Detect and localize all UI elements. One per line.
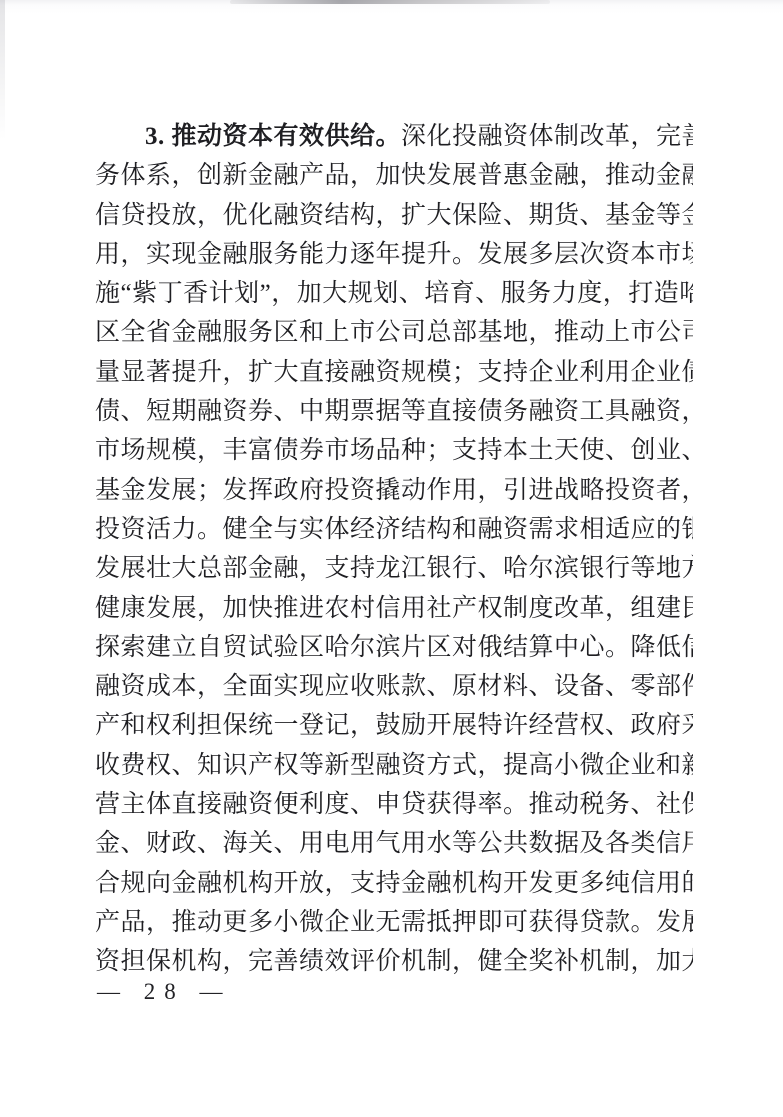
text-line: 债、短期融资券、中期票据等直接债务融资工具融资，扩大债券	[95, 392, 693, 431]
text-line: 信贷投放，优化融资结构，扩大保险、期货、基金等金融工具应	[95, 196, 693, 235]
scan-edge-artifact	[0, 0, 5, 140]
paragraph-first-line: 3. 推动资本有效供给。深化投融资体制改革，完善金融服	[95, 117, 693, 156]
text-line: 投资活力。健全与实体经济结构和融资需求相适应的银行体系，	[95, 510, 693, 549]
text-line: 融资成本，全面实现应收账款、原材料、设备、零部件等各类动	[95, 667, 693, 706]
text-line: 健康发展，加快推进农村信用社产权制度改革，组建民营银行，	[95, 589, 693, 628]
paragraph-body: 3. 推动资本有效供给。深化投融资体制改革，完善金融服 务体系，创新金融产品，加…	[95, 117, 693, 982]
text-line: 产品，推动更多小微企业无需抵押即可获得贷款。发展政府性融	[95, 903, 693, 942]
text-line: 区全省金融服务区和上市公司总部基地，推动上市公司数量和质	[95, 313, 693, 352]
paragraph-lines: 务体系，创新金融产品，加快发展普惠金融，推动金融机构加大信贷投放，优化融资结构，…	[95, 156, 693, 981]
text-line: 营主体直接融资便利度、申贷获得率。推动税务、社保、公积	[95, 785, 693, 824]
text-line: 务体系，创新金融产品，加快发展普惠金融，推动金融机构加大	[95, 156, 693, 195]
text-line: 发展壮大总部金融，支持龙江银行、哈尔滨银行等地方法人银行	[95, 549, 693, 588]
text-line: 产和权利担保统一登记，鼓励开展特许经营权、政府采购订单、	[95, 706, 693, 745]
section-heading: 3. 推动资本有效供给。	[145, 123, 401, 150]
text-line: 探索建立自贸试验区哈尔滨片区对俄结算中心。降低信贷门槛和	[95, 628, 693, 667]
text-line: 量显著提升，扩大直接融资规模；支持企业利用企业债、公司	[95, 353, 693, 392]
document-page: 3. 推动资本有效供给。深化投融资体制改革，完善金融服 务体系，创新金融产品，加…	[0, 0, 783, 1117]
text-line: 资担保机构，完善绩效评价机制，健全奖补机制，加大对实体经	[95, 942, 693, 981]
text-line: 收费权、知识产权等新型融资方式，提高小微企业和新型农业经	[95, 746, 693, 785]
text-line: 基金发展；发挥政府投资撬动作用，引进战略投资者，激发民间	[95, 471, 693, 510]
page-number: — 28 —	[97, 979, 232, 1005]
text-line: 用，实现金融服务能力逐年提升。发展多层次资本市场，加快实	[95, 235, 693, 274]
text-line: 施“紫丁香计划”，加大规划、培育、服务力度，打造哈尔滨新	[95, 274, 693, 313]
scan-edge-artifact	[230, 0, 550, 4]
first-line-text: 深化投融资体制改革，完善金融服	[401, 123, 693, 150]
text-line: 合规向金融机构开放，支持金融机构开发更多纯信用的普惠金融	[95, 864, 693, 903]
text-line: 金、财政、海关、用电用气用水等公共数据及各类信用信息依法	[95, 824, 693, 863]
text-line: 市场规模，丰富债券市场品种；支持本土天使、创业、产业投资	[95, 431, 693, 470]
